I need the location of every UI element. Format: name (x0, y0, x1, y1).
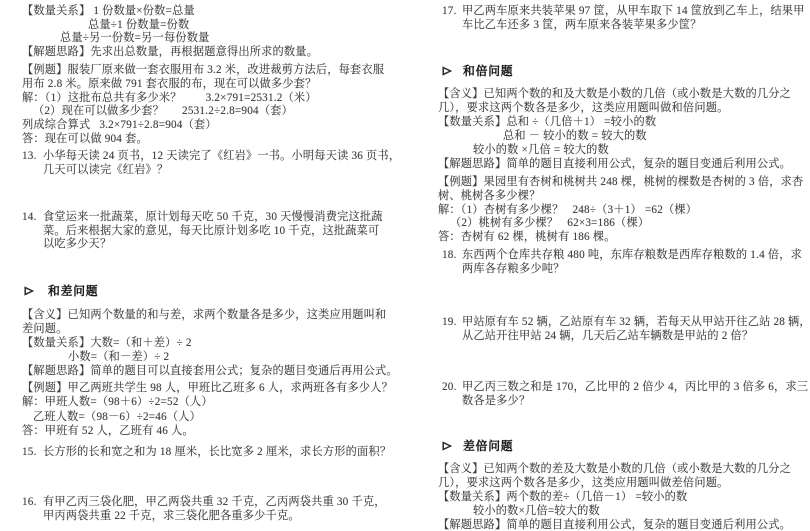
problem-number: 18. (442, 249, 457, 261)
section-heading: 和倍问题 (463, 65, 513, 77)
problem-text-line: 甲乙两车原来共装苹果 97 筐，从甲车取下 14 筐放到乙车上，结果甲 (462, 5, 805, 17)
text-line: 几），要求这两个数各是多少，这类应用题叫做差倍问题。 (438, 477, 728, 489)
text-line: 【解题思路】简单的题目直接利用公式，复杂的题目变通后利用公式。 (438, 158, 791, 170)
text-line: 解：（1）这批布总共有多少米？ 3.2×791=2531.2（米） (22, 92, 317, 104)
problem-text-line: 有甲乙丙三袋化肥，甲乙两袋共重 32 千克，乙丙两袋共重 30 千克， (43, 496, 386, 508)
text-line: （2）现在可以做多少套？ 2531.2÷2.8=904（套） (33, 105, 293, 117)
right-column: 17.甲乙两车原来共装苹果 97 筐，从甲车取下 14 筐放到乙车上，结果甲车比… (438, 0, 810, 531)
text-line: 总量÷1 份数量=份数 (88, 19, 189, 31)
text-line: 答：甲班有 52 人，乙班有 46 人。 (22, 425, 194, 437)
arrowhead-bullet-icon (24, 286, 34, 296)
text-line: 差问题。 (22, 323, 68, 335)
text-line: 【数量关系】 1 份数量×份数=总量 (22, 5, 195, 17)
text-line: 【数量关系】两个数的差÷（几倍－1） =较小的数 (438, 491, 687, 503)
text-line: （2）桃树有多少棵？ 62×3=186（棵） (450, 217, 649, 229)
problem-number: 16. (22, 496, 37, 508)
problem-text-line: 数各是多少？ (462, 395, 530, 407)
text-line: 【含义】已知两个数的和及大数是小数的几倍（或小数是大数的几分之 (438, 88, 791, 100)
problem-text-line: 食堂运来一批蔬菜，原计划每天吃 50 千克，30 天慢慢消费完这批蔬 (43, 211, 383, 223)
problem-text-line: 东西两个仓库共存粮 480 吨，东库存粮数是西库存粮数的 1.4 倍，求 (462, 249, 802, 261)
text-line: 列成综合算式 3.2×791÷2.8=904（套） (22, 119, 217, 131)
arrowhead-bullet-icon (442, 66, 452, 76)
text-line: 【数量关系】总和 ÷（几倍＋1） =较小的数 (438, 116, 656, 128)
text-line: 较小的数 ×几倍 = 较大的数 (473, 144, 609, 156)
text-line: 【例题】甲乙两班共学生 98 人，甲班比乙班多 6 人，求两班各有多少人？ (22, 382, 393, 394)
text-line: 【例题】果园里有杏树和桃树共 248 棵，桃树的棵数是杏树的 3 倍，求杏 (438, 176, 803, 188)
problem-number: 13. (22, 150, 37, 162)
problem-text-line: 小华每天读 24 页书，12 天读完了《红岩》一书。小明每天读 36 页书， (43, 150, 400, 162)
problem-text-line: 几天可以读完《红岩》？ (43, 164, 168, 176)
arrowhead-bullet-icon (442, 441, 452, 451)
text-line: 解：（1）杏树有多少棵？ 248÷（3＋1） =62（棵） (438, 204, 697, 216)
problem-text-line: 两库各存粮多少吨？ (462, 263, 565, 275)
text-line: 解：甲班人数=（98＋6）÷2=52（人） (22, 396, 213, 408)
text-line: 【例题】服装厂原来做一套衣服用布 3.2 米，改进裁剪方法后，每套衣服 (22, 64, 384, 76)
problem-number: 15. (22, 446, 37, 458)
text-line: 【数量关系】大数=（和＋差）÷ 2 (22, 337, 192, 349)
problem-text-line: 从乙站开往甲站 24 辆，几天后乙站车辆数是甲站的 2 倍？ (462, 330, 753, 342)
text-line: 树、桃树各多少棵？ (438, 190, 541, 202)
text-line: 答：杏树有 62 棵，桃树有 186 棵。 (438, 231, 616, 243)
text-line: 总和 － 较小的数 = 较大的数 (503, 130, 647, 142)
text-line: 几），要求这两个数各是多少，这类应用题叫做和倍问题。 (438, 102, 728, 114)
problem-text-line: 甲站原有车 52 辆，乙站原有车 32 辆，若每天从甲站开往乙站 28 辆， (462, 316, 810, 328)
text-line: 用布 2.8 米。原来做 791 套衣服的布，现在可以做多少套？ (22, 78, 316, 90)
text-line: 答：现在可以做 904 套。 (22, 133, 148, 145)
problem-number: 17. (442, 5, 457, 17)
text-line: 【含义】已知两个数量的和与差，求两个数量各是多少，这类应用题叫和 (22, 309, 386, 321)
text-line: 乙班人数=（98－6）÷2=46（人） (33, 411, 201, 423)
section-heading: 和差问题 (48, 285, 98, 297)
text-line: 【解题思路】简单的题目可以直接套用公式；复杂的题目变通后再用公式。 (22, 365, 398, 377)
problem-text-line: 以吃多少天？ (43, 238, 111, 250)
text-line: 【解题思路】先求出总数量，再根据题意得出所求的数量。 (22, 46, 318, 58)
text-line: 总量÷另一份数=另一每份数量 (60, 32, 210, 44)
problem-text-line: 车比乙车还多 3 筐，两车原来各装苹果多少筐？ (462, 19, 702, 31)
text-line: 较小的数×几倍=较大的数 (473, 505, 600, 517)
problem-text-line: 菜。后来根据大家的意见，每天比原计划多吃 10 千克，这批蔬菜可 (43, 225, 379, 237)
text-line: 【含义】已知两个数的差及大数是小数的几倍（或小数是大数的几分之 (438, 463, 791, 475)
problem-text-line: 甲丙两袋共重 22 千克，求三袋化肥各重多少千克。 (43, 510, 300, 522)
problem-number: 14. (22, 211, 37, 223)
problem-number: 20. (442, 381, 457, 393)
text-line: 【解题思路】简单的题目直接利用公式，复杂的题目变通后利用公式。 (438, 519, 791, 531)
problem-text-line: 甲乙丙三数之和是 170，乙比甲的 2 倍少 4，丙比甲的 3 倍多 6，求三 (462, 381, 808, 393)
section-heading: 差倍问题 (463, 440, 513, 452)
problem-number: 19. (442, 316, 457, 328)
problem-text-line: 长方形的长和宽之和为 18 厘米，长比宽多 2 厘米，求长方形的面积？ (43, 446, 391, 458)
text-line: 小数=（和－差）÷ 2 (68, 351, 169, 363)
left-column: 【数量关系】 1 份数量×份数=总量总量÷1 份数量=份数总量÷另一份数=另一每… (22, 0, 414, 531)
worksheet-page: 【数量关系】 1 份数量×份数=总量总量÷1 份数量=份数总量÷另一份数=另一每… (0, 0, 810, 531)
